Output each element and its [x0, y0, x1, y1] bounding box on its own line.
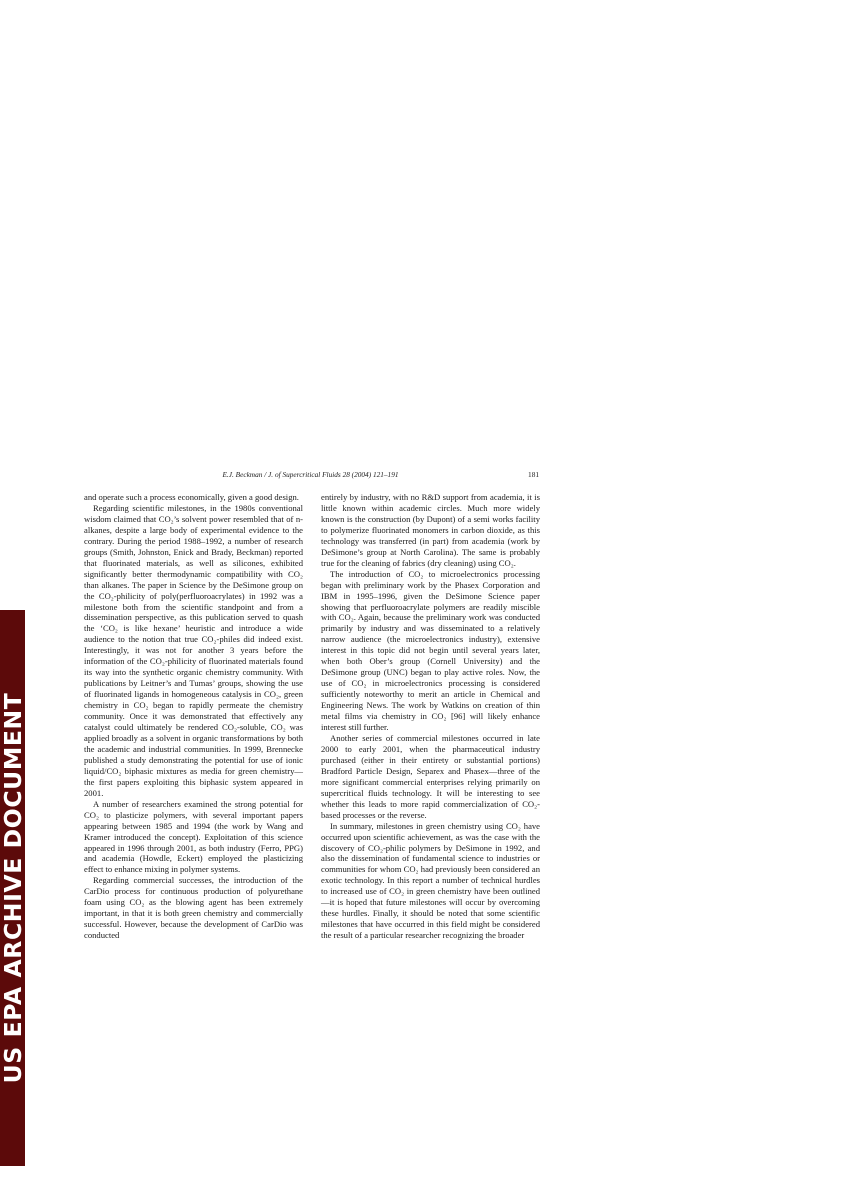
paragraph: Regarding commercial successes, the intr…: [84, 875, 303, 941]
paragraph: Regarding scientific milestones, in the …: [84, 503, 303, 799]
page-number: 181: [528, 470, 539, 479]
paragraph: and operate such a process economically,…: [84, 492, 303, 503]
left-column: and operate such a process economically,…: [84, 492, 303, 941]
archive-banner: US EPA ARCHIVE DOCUMENT: [0, 610, 25, 1166]
paragraph: A number of researchers examined the str…: [84, 799, 303, 876]
running-head: E.J. Beckman / J. of Supercritical Fluid…: [84, 470, 539, 482]
paragraph: Another series of commercial milestones …: [321, 733, 540, 821]
archive-banner-text: US EPA ARCHIVE DOCUMENT: [0, 693, 27, 1084]
right-column: entirely by industry, with no R&D suppor…: [321, 492, 540, 941]
paragraph: entirely by industry, with no R&D suppor…: [321, 492, 540, 569]
paragraph: In summary, milestones in green chemistr…: [321, 821, 540, 941]
paragraph: The introduction of CO₂ to microelectron…: [321, 569, 540, 733]
journal-citation: E.J. Beckman / J. of Supercritical Fluid…: [83, 470, 538, 479]
